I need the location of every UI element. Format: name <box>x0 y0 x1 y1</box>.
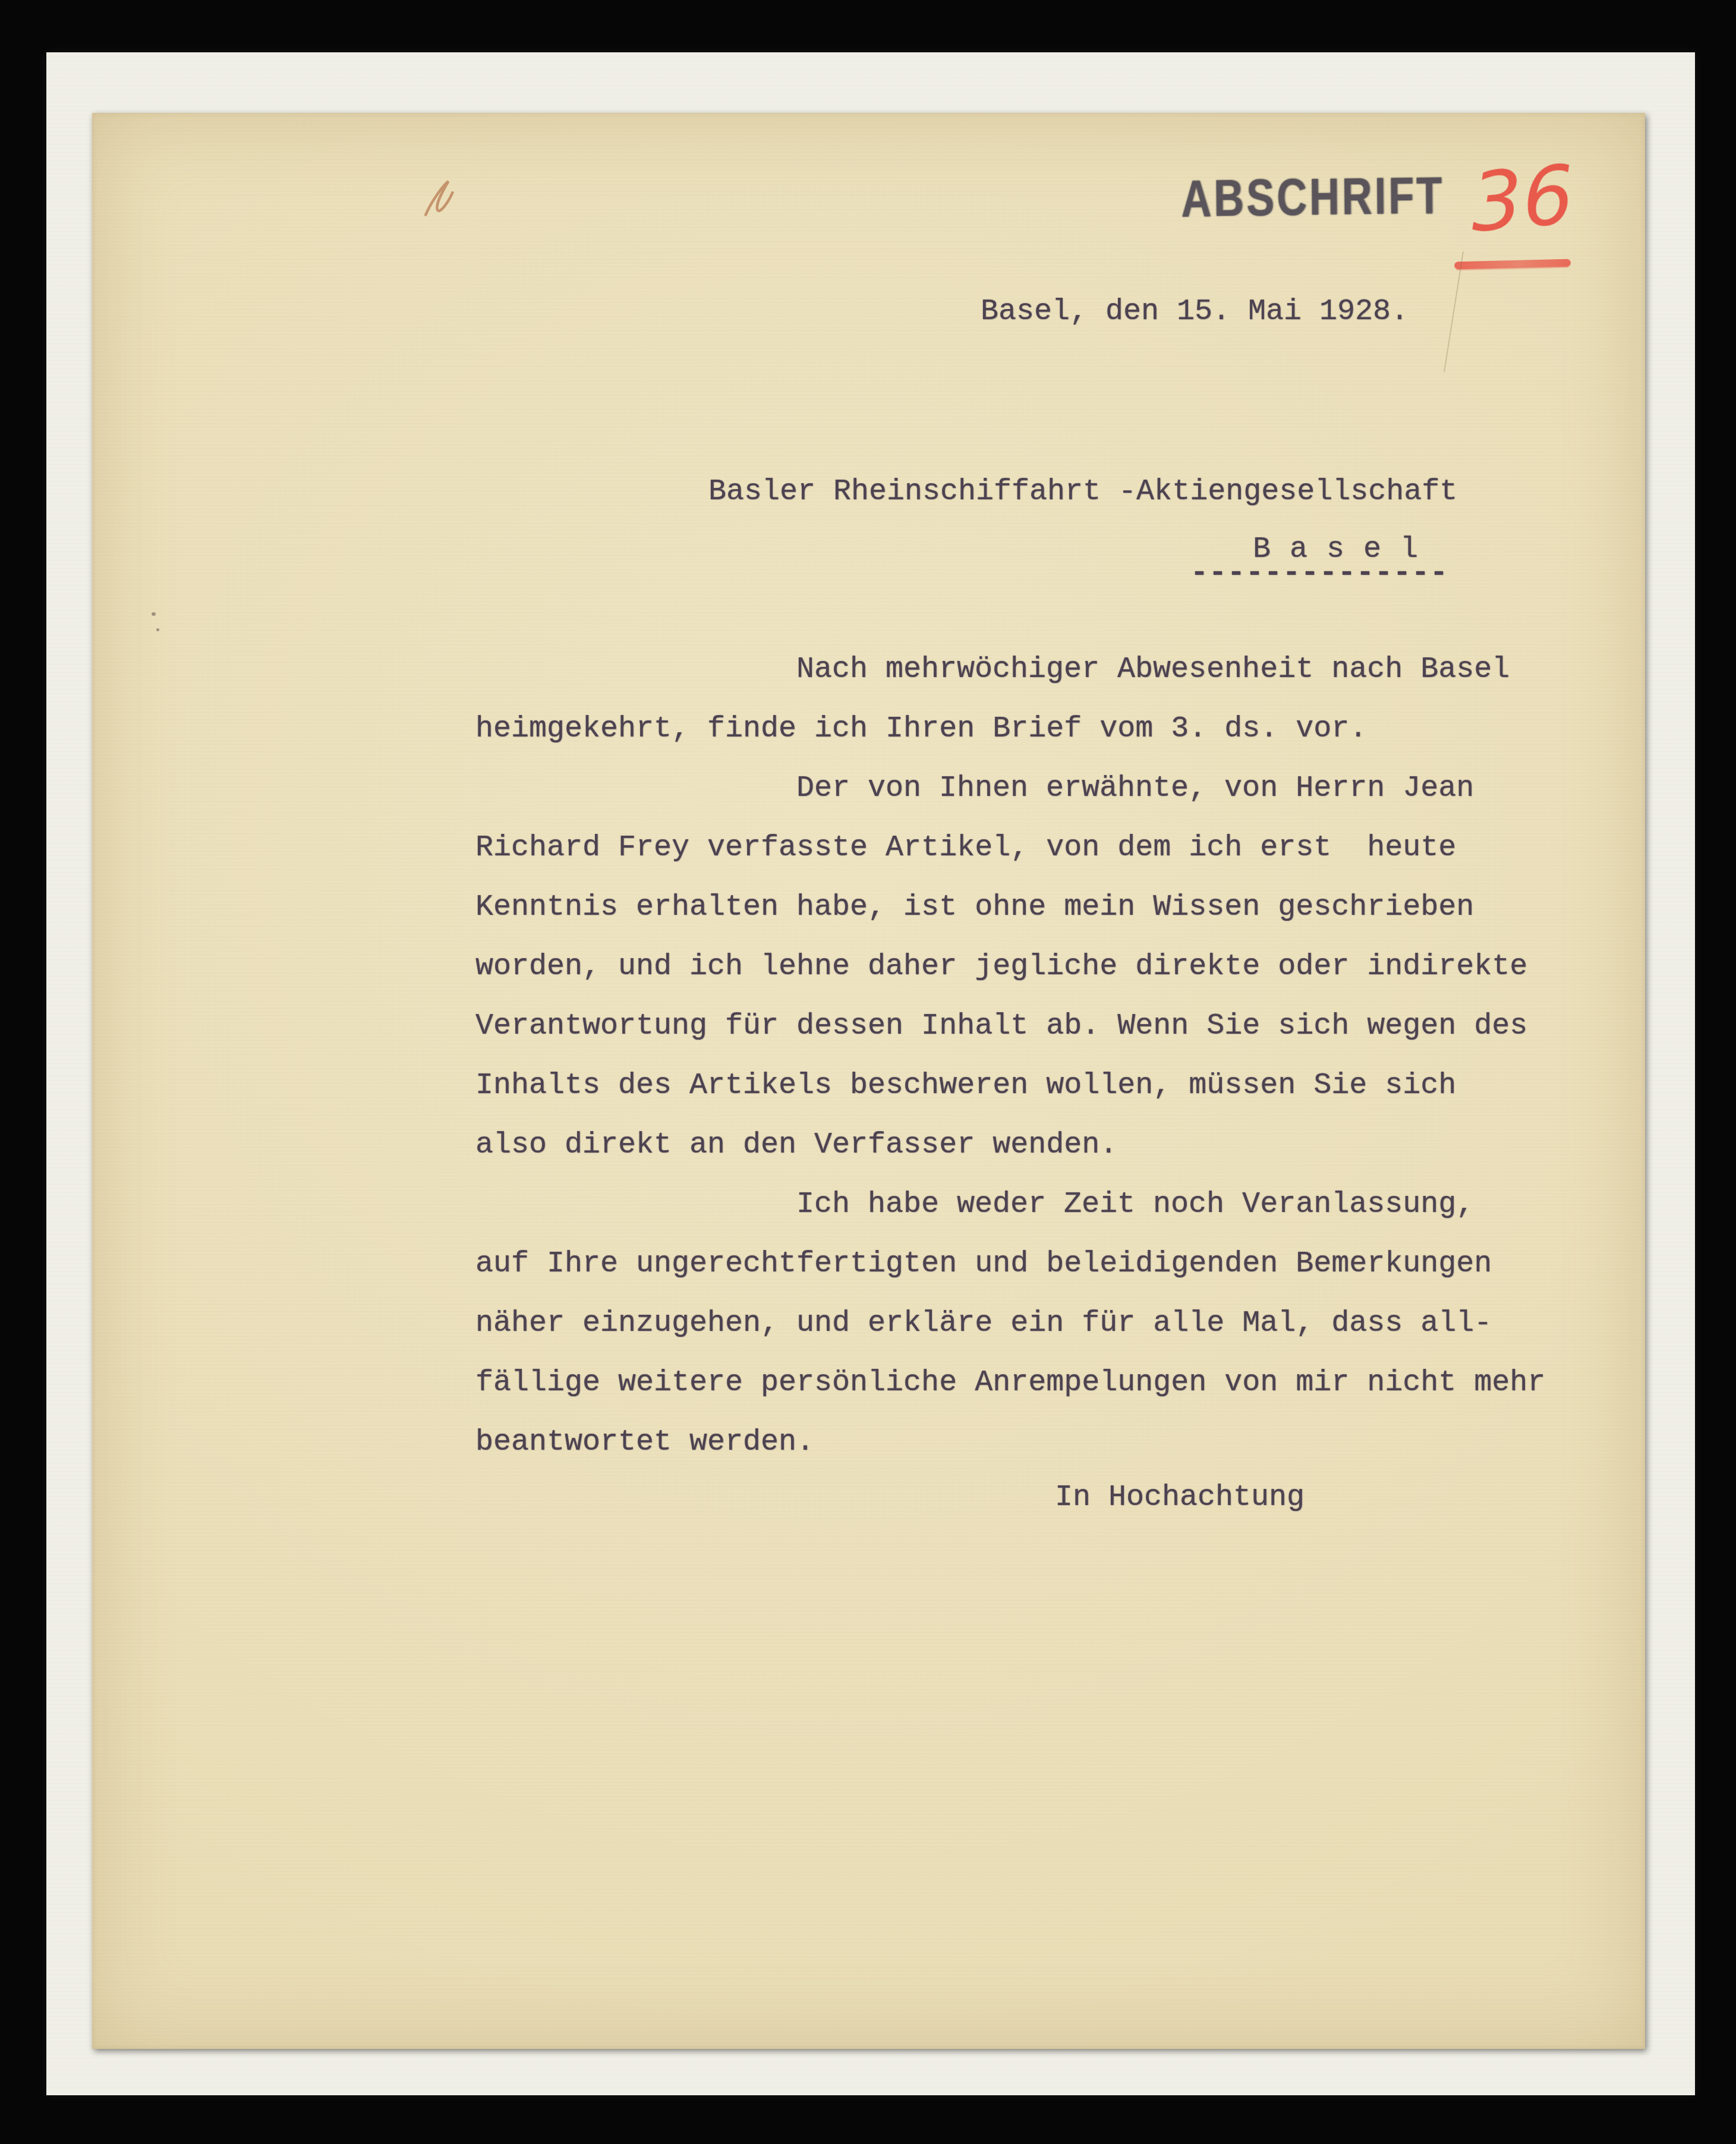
folio-underline <box>1454 259 1571 270</box>
letter-line: Ich habe weder Zeit noch Veranlassung, <box>796 1190 1474 1220</box>
letter-line: also direkt an den Verfasser wenden. <box>475 1131 1117 1160</box>
letter-line: auf Ihre ungerechtfertigten und beleidig… <box>475 1249 1492 1279</box>
letter-line: heimgekehrt, finde ich Ihren Brief vom 3… <box>475 714 1367 744</box>
letter-line: Kenntnis erhalten habe, ist ohne mein Wi… <box>475 893 1474 923</box>
recipient-underline: -------------- <box>1190 559 1448 588</box>
letter-line: worden, und ich lehne daher jegliche dir… <box>475 952 1527 982</box>
letter-closing: In Hochachtung <box>1055 1483 1305 1513</box>
letter-line: näher einzugehen, und erkläre ein für al… <box>475 1309 1492 1339</box>
date-line: Basel, den 15. Mai 1928. <box>981 297 1409 327</box>
recipient-name: Basler Rheinschiffahrt -Aktiengesellscha… <box>708 477 1457 507</box>
letter-line: Nach mehrwöchiger Abwesenheit nach Basel <box>796 655 1510 685</box>
letter-line: Der von Ihnen erwähnte, von Herrn Jean <box>796 774 1474 804</box>
letter-line: beantwortet werden. <box>475 1428 814 1457</box>
mat-board: ABSCHRIFT 36 Basel, den 15. Mai 1928. Ba… <box>46 52 1695 2095</box>
letter-page: ABSCHRIFT 36 Basel, den 15. Mai 1928. Ba… <box>92 113 1645 2049</box>
letter-line: fällige weitere persönliche Anrempelunge… <box>475 1368 1545 1398</box>
margin-scribble <box>417 172 464 229</box>
letter-line: Richard Frey verfasste Artikel, von dem … <box>475 833 1456 863</box>
paper-speck <box>152 612 156 616</box>
paper-crease <box>1444 251 1464 372</box>
scan-background: ABSCHRIFT 36 Basel, den 15. Mai 1928. Ba… <box>0 0 1736 2144</box>
folio-number: 36 <box>1470 150 1576 248</box>
letter-line: Verantwortung für dessen Inhalt ab. Wenn… <box>475 1012 1527 1041</box>
letter-line: Inhalts des Artikels beschweren wollen, … <box>475 1071 1456 1101</box>
paper-speck <box>156 628 159 631</box>
abschrift-stamp: ABSCHRIFT <box>1181 169 1444 225</box>
